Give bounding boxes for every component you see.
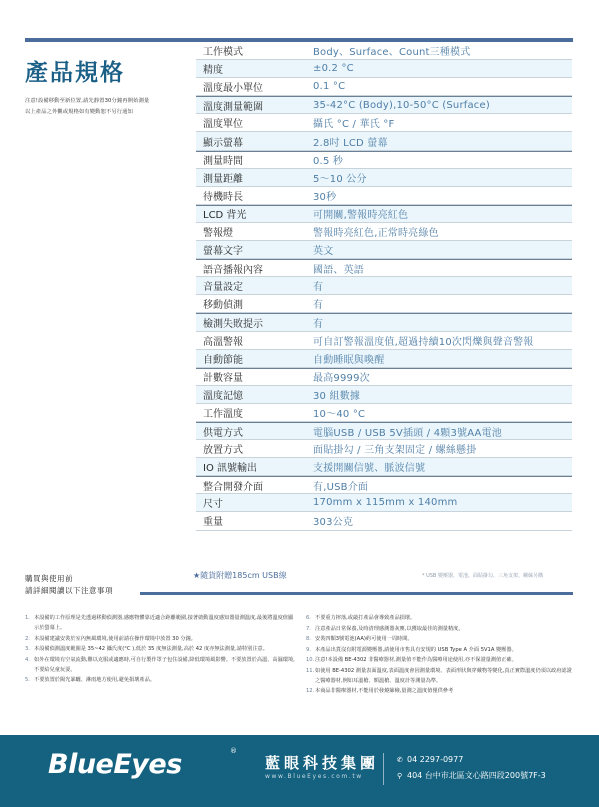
notice-list-right: 6.不要重力摔落,或敲打產品會導致產品損壞。7.注意產品日常保養,及時清理感測器… [306,613,576,697]
spec-label: 溫度測量範圍 [196,98,304,113]
spec-value: 10～40 °C [304,405,572,420]
spec-value: 自動睡眠與喚醒 [304,351,572,366]
spec-value: 303公克 [304,513,572,528]
notice-item: 4.如外在環境有空氣流動,難以克服或適應時,可自行製作罩子包住設備,降低環境風影… [25,655,295,675]
gift-note: ★隨貨附贈185cm USB線 [193,570,287,581]
spec-value: 有,USB介面 [304,478,572,493]
spec-row: 精度±0.2 °C [196,60,572,78]
notice-text: 本設備的工作原理是先透過移動偵測器,感應物體靠近適合距離範圍,接著啟動溫度感知器… [34,613,295,633]
notice-text: 如外在環境有空氣流動,難以克服或適應時,可自行製作罩子包住設備,降低環境風影響。… [34,655,295,675]
notice-number: 1. [25,613,34,633]
spec-value: 5～10 公分 [304,170,572,185]
notice-item: 1.本設備的工作原理是先透過移動偵測器,感應物體靠近適合距離範圍,接著啟動溫度感… [25,613,295,633]
spec-label: 語音播報內容 [196,261,304,276]
header-notes: 注意!設備移動至新位置,請先靜置30分鐘再開始測量 以上產品之外觀或規格如有變動… [25,96,185,118]
spec-row: LCD 背光可開關,警報時亮紅色 [196,205,572,223]
spec-value: 可自訂警報溫度值,超過持續10次閃爍與聲音警報 [304,333,572,348]
notice-number: 11. [306,666,315,686]
notice-number: 3. [25,644,34,654]
spec-label: 溫度記憶 [196,387,304,402]
spec-table: 工作模式Body、Surface、Count三種模式精度±0.2 °C溫度最小單… [196,42,572,531]
spec-row: 溫度單位攝氏 °C / 華氏 °F [196,114,572,132]
spec-value: ±0.2 °C [304,63,572,74]
notice-text: 注意產品日常保養,及時清理感測器灰塵,以獲取最佳的測量精度。 [315,624,576,634]
notice-item: 12.本商品非醫療器材,不能用於發燒篩檢,量測之溫度值僅供參考 [306,686,576,696]
spec-value: 2.8吋 LCD 螢幕 [304,134,572,149]
notice-item: 2.本設備建議安裝於室內無風環境,使用前請在操作環境中放置 30 分鐘。 [25,634,295,644]
location-pin-icon: ⚲ [397,772,407,780]
footer-divider [383,753,384,785]
spec-row: 供電方式電腦USB / USB 5V插頭 / 4顆3號AA電池 [196,422,572,440]
spec-row: 溫度記憶30 組數據 [196,386,572,404]
notice-number: 6. [306,613,315,623]
spec-label: 供電方式 [196,424,304,439]
spec-value: 國語、英語 [304,261,572,276]
spec-value: 170mm x 115mm x 140mm [304,497,572,508]
notice-number: 4. [25,655,34,675]
notice-text: 不要重力摔落,或敲打產品會導致產品損壞。 [315,613,576,623]
notice-text: 注意!本設備 BE-4302 非醫療器材,測量值不能作為醫療用途使用,亦不保證量… [315,655,576,665]
spec-label: 溫度單位 [196,115,304,130]
spec-value: 30秒 [304,188,572,203]
spec-row: 重量303公克 [196,512,572,530]
spec-label: 計數容量 [196,369,304,384]
notice-heading-line: 購買與使用前 [25,573,113,585]
spec-label: 高溫警報 [196,333,304,348]
spec-row: 計數容量最高9999次 [196,368,572,386]
spec-value: 面貼掛勾 / 三角支架固定 / 螺絲懸掛 [304,441,572,456]
spec-row: IO 訊號輸出支援開關信號、脈波信號 [196,458,572,476]
spec-value: 有 [304,296,572,311]
section-divider [140,592,573,595]
spec-label: 整合開發介面 [196,478,304,493]
phone-icon: ✆ [397,756,407,764]
notice-item: 7.注意產品日常保養,及時清理感測器灰塵,以獲取最佳的測量精度。 [306,624,576,634]
company-name: 藍眼科技集團 [265,752,379,773]
spec-value: 0.5 秒 [304,152,572,167]
spec-row: 顯示螢幕2.8吋 LCD 螢幕 [196,132,572,150]
notice-text: 本設備建議安裝於室內無風環境,使用前請在操作環境中放置 30 分鐘。 [34,634,295,644]
spec-value: 有 [304,278,572,293]
header-note: 注意!設備移動至新位置,請先靜置30分鐘再開始測量 [25,96,185,107]
notice-number: 9. [306,645,315,655]
spec-row: 待機時長30秒 [196,187,572,205]
notice-heading: 購買與使用前 請詳細閱讀以下注意事項 [25,573,113,597]
package-note: * USB 變壓器、電池、面貼掛勾、三角支架、螺絲另購 [422,572,543,579]
notice-item: 9.本產品出貨沒有附電源變壓器,請使用市售具有安規的 USB Type A 介面… [306,645,576,655]
spec-value: 0.1 °C [304,81,572,92]
spec-row: 語音播報內容國語、英語 [196,259,572,277]
spec-value: 攝氏 °C / 華氏 °F [304,115,572,130]
spec-label: 自動節能 [196,351,304,366]
notice-number: 10. [306,655,315,665]
address-text: 404 台中市北區文心路四段200號7F-3 [407,770,546,781]
spec-row: 測量距離5～10 公分 [196,169,572,187]
notice-text: 本設備偵測溫度範圍是 35~42 攝氏度(°C ),低於 35 度無法測量,高於… [34,644,295,654]
notice-text: 本商品非醫療器材,不能用於發燒篩檢,量測之溫度值僅供參考 [315,686,576,696]
notice-number: 8. [306,634,315,644]
spec-row: 測量時間0.5 秒 [196,151,572,169]
spec-label: 放置方式 [196,441,304,456]
notice-heading-line: 請詳細閱讀以下注意事項 [25,585,113,597]
spec-row: 工作模式Body、Surface、Count三種模式 [196,42,572,60]
spec-row: 移動偵測有 [196,295,572,313]
notice-item: 11.如使用 BE-4302 測量表面溫度,表面溫度會因測量環境、表面形狀與穿戴… [306,666,576,686]
spec-label: 工作模式 [196,43,304,58]
phone-number: 04 2297-0977 [407,755,463,764]
spec-row: 高溫警報可自訂警報溫度值,超過持續10次閃爍與聲音警報 [196,332,572,350]
notice-list-left: 1.本設備的工作原理是先透過移動偵測器,感應物體靠近適合距離範圍,接著啟動溫度感… [25,613,295,686]
spec-label: 重量 [196,513,304,528]
spec-value: 警報時亮紅色,正常時亮綠色 [304,224,572,239]
spec-value: 可開關,警報時亮紅色 [304,206,572,221]
spec-value: Body、Surface、Count三種模式 [304,43,572,58]
page-title: 產品規格 [25,54,125,87]
notice-number: 5. [25,675,34,685]
spec-label: 測量時間 [196,152,304,167]
notice-item: 3.本設備偵測溫度範圍是 35~42 攝氏度(°C ),低於 35 度無法測量,… [25,644,295,654]
spec-label: 警報燈 [196,224,304,239]
spec-value: 35-42°C (Body),10-50°C (Surface) [304,100,572,111]
spec-label: LCD 背光 [196,206,304,221]
notice-text: 本產品出貨沒有附電源變壓器,請使用市售具有安規的 USB Type A 介面 5… [315,645,576,655]
notice-item: 6.不要重力摔落,或敲打產品會導致產品損壞。 [306,613,576,623]
spec-row: 尺寸170mm x 115mm x 140mm [196,494,572,512]
spec-row: 放置方式面貼掛勾 / 三角支架固定 / 螺絲懸掛 [196,440,572,458]
header-note: 以上產品之外觀或規格如有變動恕不另行通知 [25,107,185,118]
address-contact: ⚲ 404 台中市北區文心路四段200號7F-3 [397,770,546,781]
spec-label: 移動偵測 [196,296,304,311]
spec-value: 電腦USB / USB 5V插頭 / 4顆3號AA電池 [304,424,572,439]
notice-number: 2. [25,634,34,644]
notice-number: 12. [306,686,315,696]
spec-label: 顯示螢幕 [196,134,304,149]
brand-logo: BlueEyes [48,749,182,780]
notice-text: 安裝四顆3號電池(AA)約可使用一周時間。 [315,634,576,644]
footer: BlueEyes ® 藍眼科技集團 www.BlueEyes.com.tw ✆ … [0,735,599,807]
phone-contact: ✆ 04 2297-0977 [397,755,463,764]
spec-value: 有 [304,315,572,330]
spec-row: 螢幕文字英文 [196,241,572,259]
spec-label: 音量設定 [196,278,304,293]
spec-label: 精度 [196,61,304,76]
notice-text: 不要放置於陽光暴曬、淋雨地方使用,避免損壞產品。 [34,675,295,685]
spec-label: IO 訊號輸出 [196,459,304,474]
registered-mark: ® [230,747,237,755]
spec-row: 音量設定有 [196,277,572,295]
company-website[interactable]: www.BlueEyes.com.tw [265,773,363,780]
notice-item: 5.不要放置於陽光暴曬、淋雨地方使用,避免損壞產品。 [25,675,295,685]
spec-value: 支援開關信號、脈波信號 [304,459,572,474]
spec-label: 檢測失敗提示 [196,315,304,330]
notice-text: 如使用 BE-4302 測量表面溫度,表面溫度會因測量環境、表面形狀與穿戴物等變… [315,666,576,686]
spec-label: 工作溫度 [196,405,304,420]
spec-label: 尺寸 [196,495,304,510]
spec-value: 最高9999次 [304,369,572,384]
spec-label: 螢幕文字 [196,242,304,257]
spec-row: 工作溫度10～40 °C [196,404,572,422]
spec-value: 英文 [304,242,572,257]
notice-number: 7. [306,624,315,634]
spec-row: 溫度測量範圍35-42°C (Body),10-50°C (Surface) [196,96,572,114]
spec-row: 整合開發介面有,USB介面 [196,476,572,494]
spec-label: 溫度最小單位 [196,79,304,94]
spec-row: 檢測失敗提示有 [196,313,572,331]
spec-label: 測量距離 [196,170,304,185]
spec-value: 30 組數據 [304,387,572,402]
spec-row: 警報燈警報時亮紅色,正常時亮綠色 [196,223,572,241]
spec-label: 待機時長 [196,188,304,203]
spec-row: 自動節能自動睡眠與喚醒 [196,350,572,368]
notice-item: 8.安裝四顆3號電池(AA)約可使用一周時間。 [306,634,576,644]
spec-row: 溫度最小單位0.1 °C [196,78,572,96]
notice-item: 10.注意!本設備 BE-4302 非醫療器材,測量值不能作為醫療用途使用,亦不… [306,655,576,665]
